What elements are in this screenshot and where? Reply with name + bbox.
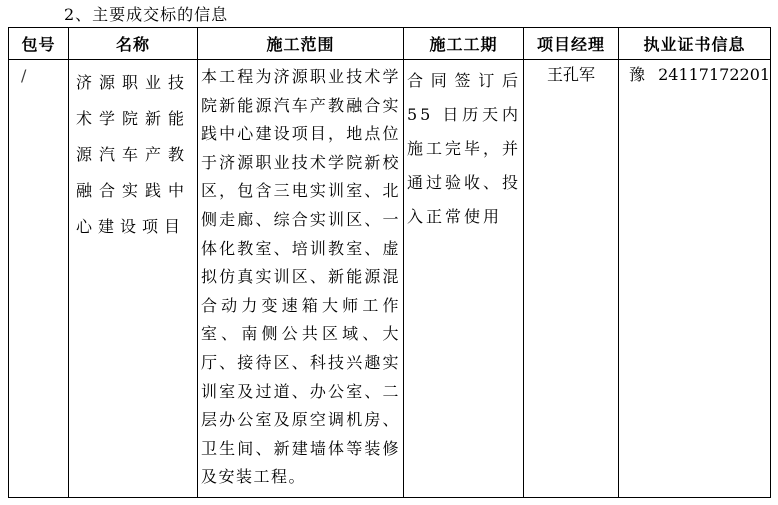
cell-project-manager: 王孔军: [524, 60, 619, 498]
col-header-project-manager: 项目经理: [524, 28, 619, 60]
cell-package-no: /: [9, 60, 69, 498]
col-header-package-no: 包号: [9, 28, 69, 60]
section-title: 2、主要成交标的信息: [64, 2, 228, 25]
col-header-construction-scope: 施工范围: [198, 28, 404, 60]
col-header-certificate-info: 执业证书信息: [619, 28, 771, 60]
cell-certificate-info: 豫 241171722011: [619, 60, 771, 498]
col-header-name: 名称: [69, 28, 198, 60]
col-header-construction-period: 施工工期: [404, 28, 524, 60]
cell-construction-scope: 本工程为济源职业技术学院新能源汽车产教融合实践中心建设项目，地点位于济源职业技术…: [198, 60, 404, 498]
cell-construction-period: 合同签订后55 日历天内施工完毕，并通过验收、投入正常使用: [404, 60, 524, 498]
table-header-row: 包号 名称 施工范围 施工工期 项目经理 执业证书信息: [9, 28, 771, 60]
document-page: 2、主要成交标的信息 包号 名称 施工范围 施工工期 项目经理 执业证书信息 /…: [0, 0, 778, 505]
award-info-table: 包号 名称 施工范围 施工工期 项目经理 执业证书信息 / 济源职业技术学院新能…: [8, 27, 771, 498]
cell-project-name: 济源职业技术学院新能源汽车产教融合实践中心建设项目: [69, 60, 198, 498]
table-row: / 济源职业技术学院新能源汽车产教融合实践中心建设项目 本工程为济源职业技术学院…: [9, 60, 771, 498]
